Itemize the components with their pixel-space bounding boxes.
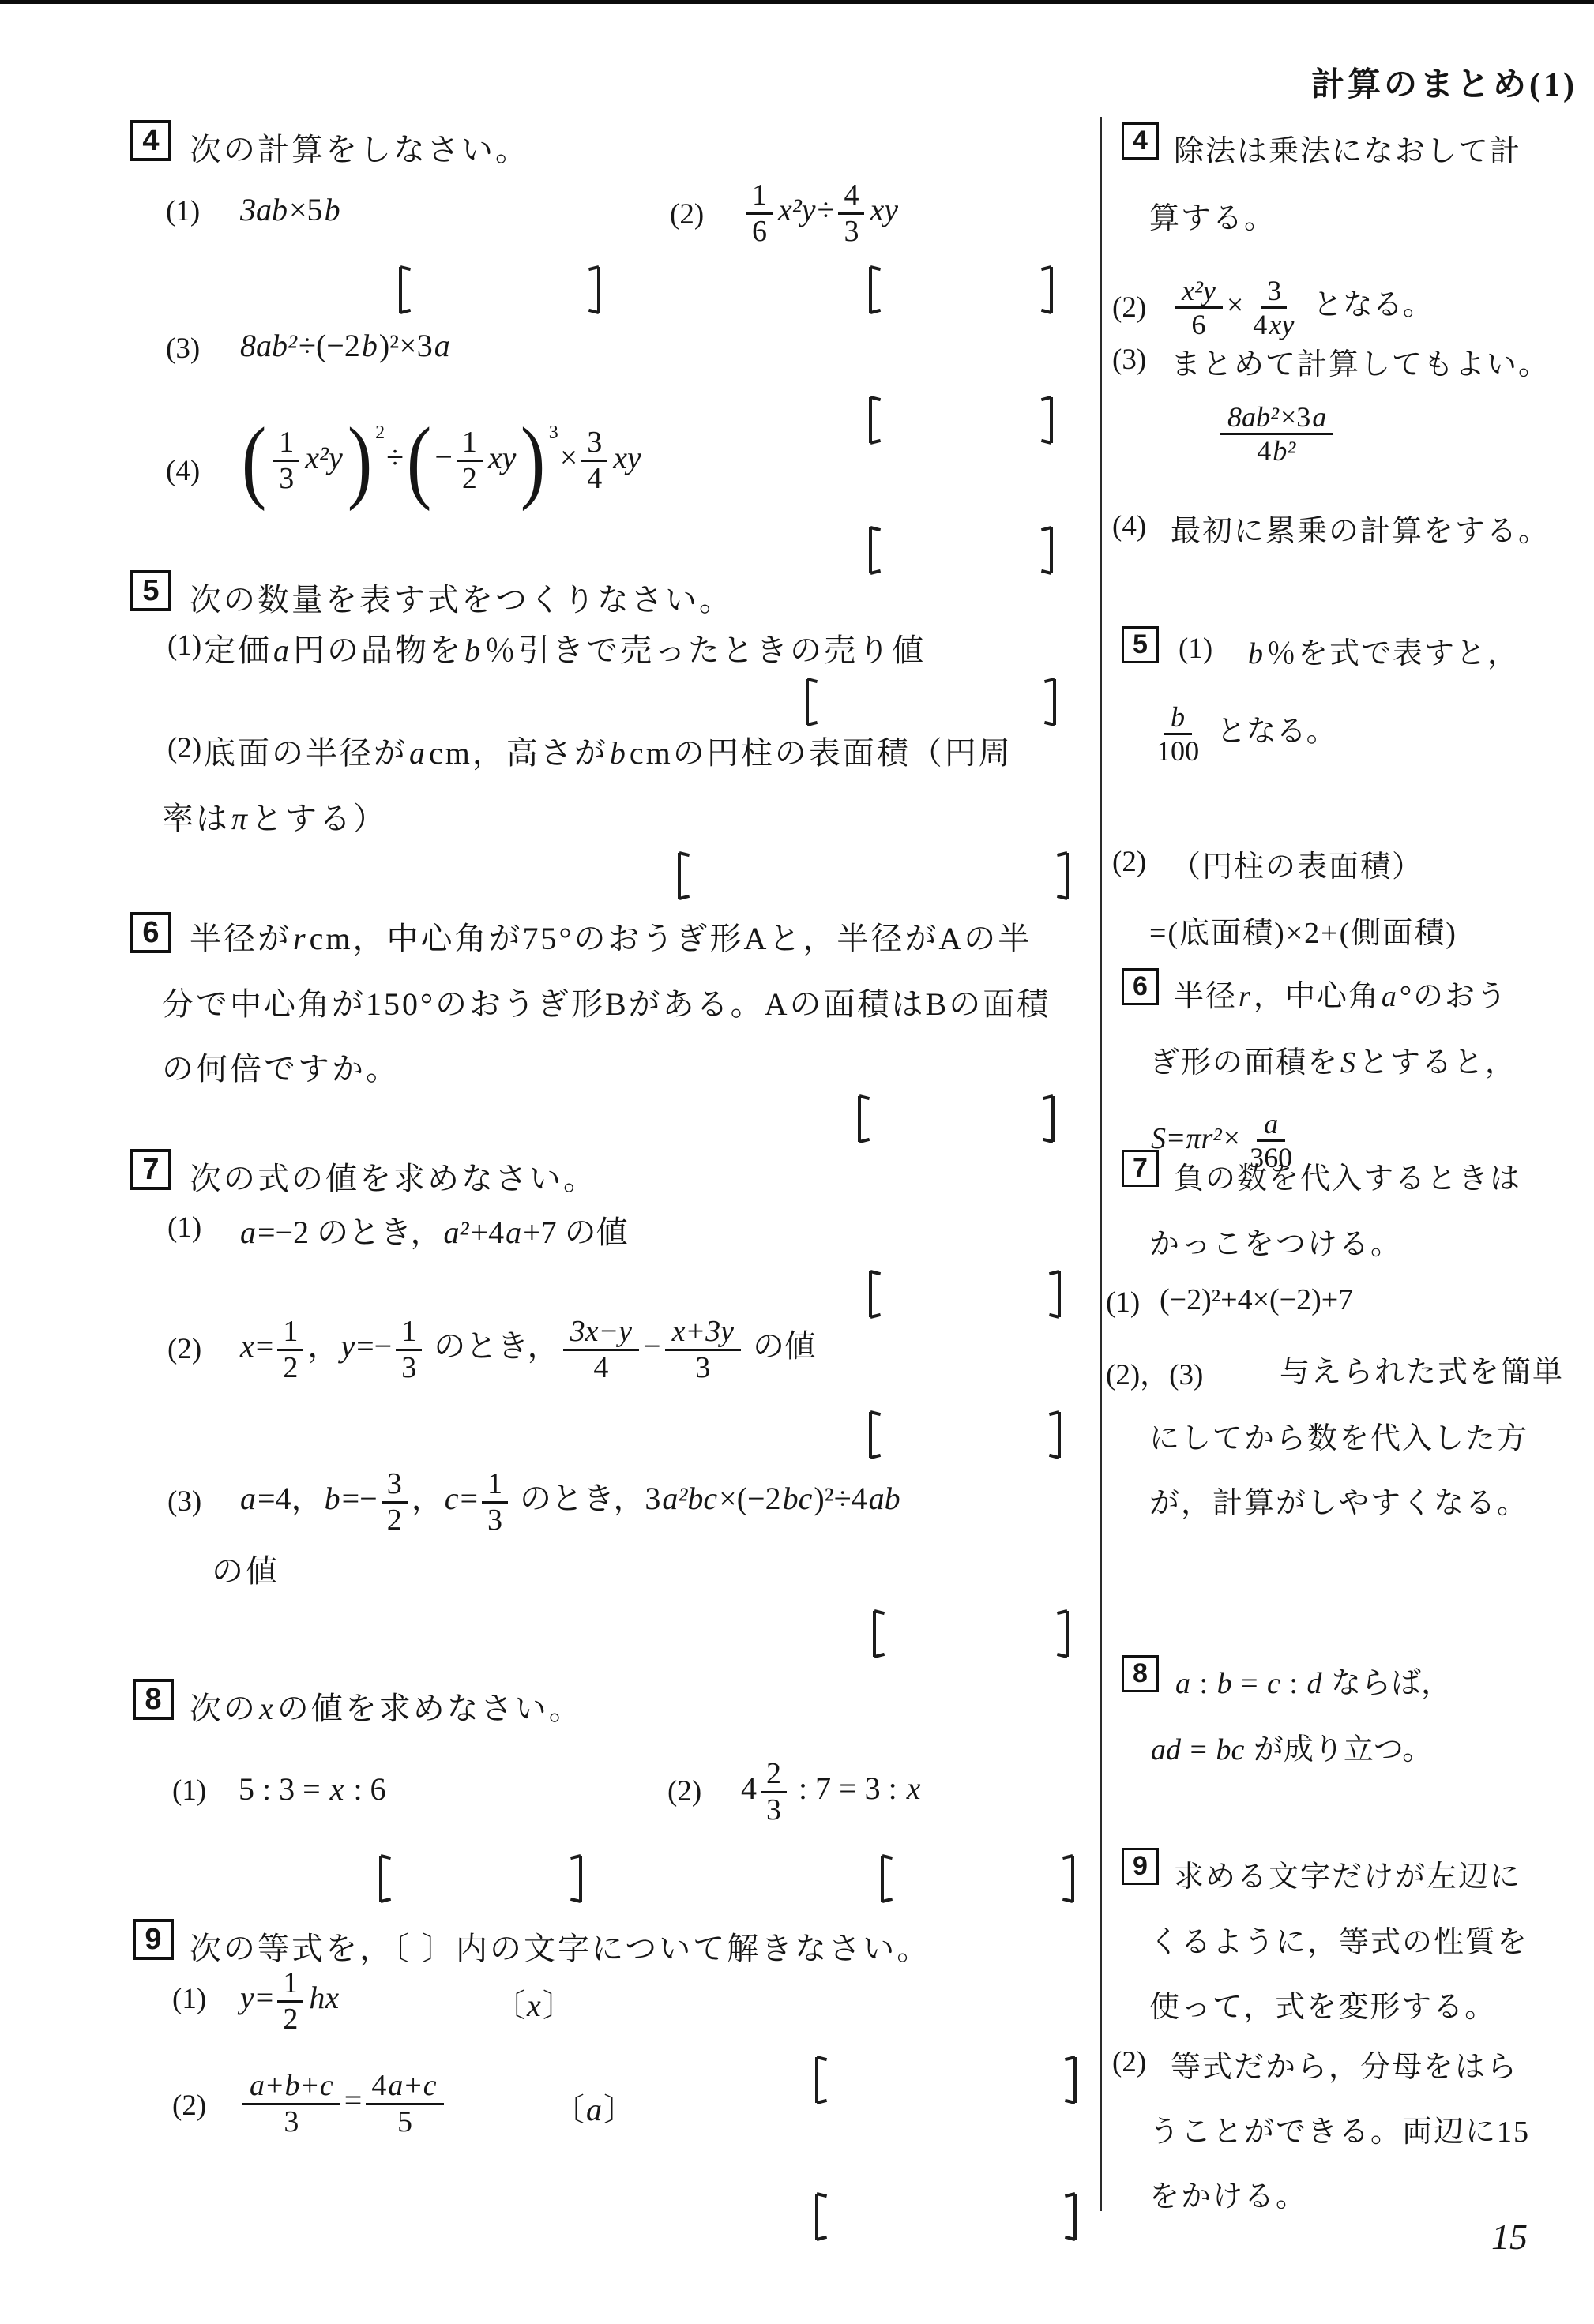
q8-title: 次のxの値を求めなさい。 bbox=[190, 1684, 583, 1729]
note9-number-box: 9 bbox=[1122, 1848, 1159, 1885]
q4-item3-expression: 8ab²÷(−2b)²×3a bbox=[239, 327, 452, 364]
q5-item1-label: (1) bbox=[167, 629, 201, 663]
note6-line1: 半径r，中心角a°のおう bbox=[1174, 971, 1508, 1015]
answer-bracket-open bbox=[815, 2057, 827, 2103]
q7-item2-label: (2) bbox=[167, 1332, 201, 1366]
q7-item2-expression: x=12，y=−13 のとき，3x−y4−x+3y3 の値 bbox=[239, 1315, 816, 1384]
answer-bracket-open bbox=[869, 397, 881, 443]
note4-sub2-expression: x²y6×34xy となる。 bbox=[1171, 275, 1433, 341]
note4-number-box: 4 bbox=[1122, 122, 1159, 160]
answer-bracket-open bbox=[869, 267, 881, 313]
q5-item2-line1: 底面の半径がacm，高さがbcmの円柱の表面積（円周 bbox=[204, 728, 1013, 773]
answer-bracket-open bbox=[881, 1856, 893, 1902]
note9-sub2-line3: をかける。 bbox=[1149, 2172, 1307, 2215]
answer-bracket-open bbox=[379, 1856, 391, 1902]
answer-bracket-open bbox=[399, 267, 411, 313]
note4-sub3-expression: 8ab²×3a4b² bbox=[1216, 401, 1337, 467]
q8-item1-expression: 5 : 3 = x : 6 bbox=[239, 1770, 386, 1808]
q6-line3: の何倍ですか。 bbox=[162, 1044, 400, 1089]
note5-sub2-line2: =(底面積)×2+(側面積) bbox=[1149, 908, 1457, 952]
answer-bracket-open bbox=[858, 1096, 870, 1142]
worksheet-page: 計算のまとめ(1) 15 4 次の計算をしなさい。 (1) 3ab×5b (2)… bbox=[0, 0, 1594, 2324]
page-top-edge bbox=[0, 0, 1594, 4]
note7-number-box: 7 bbox=[1122, 1150, 1159, 1187]
note9-sub2-line2: うことができる。両辺に15 bbox=[1149, 2107, 1530, 2150]
q7-item3-tail: の値 bbox=[212, 1546, 280, 1591]
q5-title: 次の数量を表す式をつくりなさい。 bbox=[190, 575, 733, 620]
q4-title: 次の計算をしなさい。 bbox=[190, 125, 529, 170]
q4-item3-label: (3) bbox=[166, 332, 200, 366]
note4-line1: 除法は乗法になおして計 bbox=[1174, 126, 1521, 170]
answer-bracket-close bbox=[1049, 1412, 1061, 1458]
answer-bracket-close bbox=[1062, 1856, 1074, 1902]
note8-line2: ad = bc が成り立つ。 bbox=[1149, 1725, 1432, 1768]
q4-item2-label: (2) bbox=[670, 197, 704, 231]
answer-bracket-close bbox=[1041, 527, 1053, 573]
answer-bracket-close bbox=[1065, 2057, 1077, 2103]
q4-number-box: 4 bbox=[130, 120, 171, 161]
note7-sub23-text2: にしてから数を代入した方 bbox=[1149, 1414, 1528, 1457]
note4-sub3-label: (3) bbox=[1112, 343, 1146, 377]
note9-sub2-line1: 等式だから，分母をはら bbox=[1171, 2042, 1518, 2086]
note7-line1: 負の数を代入するときは bbox=[1174, 1154, 1521, 1197]
q7-item1-expression: a=−2 のとき，a²+4a+7 の値 bbox=[239, 1207, 628, 1252]
q8-item2-label: (2) bbox=[667, 1774, 701, 1808]
column-divider bbox=[1100, 117, 1102, 2211]
note4-sub3-text: まとめて計算してもよい。 bbox=[1171, 340, 1550, 383]
q9-number-box: 9 bbox=[133, 1919, 174, 1960]
q8-item1-label: (1) bbox=[172, 1774, 206, 1808]
page-header: 計算のまとめ(1) bbox=[1311, 58, 1577, 106]
q5-number-box: 5 bbox=[130, 570, 171, 611]
answer-bracket-close bbox=[570, 1856, 582, 1902]
note4-sub4-label: (4) bbox=[1112, 509, 1146, 543]
note7-sub23-label: (2)，(3) bbox=[1106, 1350, 1203, 1393]
answer-bracket-close bbox=[1041, 397, 1053, 443]
q9-item2-target-variable: 〔a〕 bbox=[553, 2085, 635, 2130]
q7-title: 次の式の値を求めなさい。 bbox=[190, 1154, 597, 1199]
note4-sub2-label: (2) bbox=[1112, 291, 1146, 325]
note5-sub1-label: (1) bbox=[1179, 632, 1212, 666]
answer-bracket-open bbox=[869, 527, 881, 573]
q6-number-box: 6 bbox=[130, 912, 171, 953]
answer-bracket-open bbox=[806, 679, 818, 725]
q4-item1-expression: 3ab×5b bbox=[239, 191, 342, 228]
q9-item1-label: (1) bbox=[172, 1982, 206, 2016]
page-number: 15 bbox=[1491, 2216, 1528, 2258]
q7-item1-label: (1) bbox=[167, 1211, 201, 1245]
q9-title: 次の等式を，〔 〕内の文字について解きなさい。 bbox=[190, 1924, 930, 1969]
answer-bracket-close bbox=[588, 267, 600, 313]
note8-line1: a : b = c : d ならば， bbox=[1174, 1658, 1451, 1702]
note4-sub4-text: 最初に累乗の計算をする。 bbox=[1171, 506, 1550, 550]
q7-item3-expression: a=4，b=−32，c=13 のとき，3a²bc×(−2bc)²÷4ab bbox=[239, 1467, 902, 1537]
note7-line2: かっこをつける。 bbox=[1149, 1219, 1402, 1263]
answer-bracket-open bbox=[815, 2194, 827, 2240]
q8-number-box: 8 bbox=[133, 1679, 174, 1720]
q8-item2-expression: 423 : 7 = 3 : x bbox=[741, 1757, 923, 1827]
note7-sub1-expression: (−2)²+4×(−2)+7 bbox=[1160, 1282, 1353, 1317]
answer-bracket-close bbox=[1065, 2194, 1077, 2240]
q4-item2-expression: 16x²y÷43xy bbox=[742, 178, 900, 248]
q5-item1-text: 定価a円の品物をb％引きで売ったときの売り値 bbox=[204, 625, 926, 670]
q6-line1: 半径がrcm，中心角が75°のおうぎ形Aと，半径がAの半 bbox=[190, 914, 1032, 959]
answer-bracket-open bbox=[869, 1412, 881, 1458]
answer-bracket-close bbox=[1044, 679, 1056, 725]
answer-bracket-open bbox=[869, 1271, 881, 1317]
note9-line2: くるように，等式の性質を bbox=[1149, 1917, 1528, 1961]
answer-bracket-close bbox=[1049, 1271, 1061, 1317]
note9-sub2-label: (2) bbox=[1112, 2045, 1146, 2079]
note6-number-box: 6 bbox=[1122, 968, 1159, 1005]
note5-sub2-line1: （円柱の表面積） bbox=[1171, 842, 1423, 885]
q9-item1-target-variable: 〔x〕 bbox=[494, 1980, 574, 2026]
note7-sub23-text1: 与えられた式を簡単 bbox=[1280, 1347, 1564, 1391]
note8-number-box: 8 bbox=[1122, 1655, 1159, 1692]
q5-item2-line2: 率はπとする） bbox=[162, 794, 387, 839]
q9-item2-expression: a+b+c3=4a+c5 bbox=[239, 2069, 448, 2138]
answer-bracket-close bbox=[1057, 1611, 1069, 1657]
answer-bracket-close bbox=[1057, 853, 1069, 899]
note5-sub1-text: b％を式で表すと， bbox=[1246, 629, 1519, 672]
answer-bracket-open bbox=[873, 1611, 885, 1657]
q4-item4-label: (4) bbox=[166, 454, 200, 488]
answer-bracket-close bbox=[1043, 1096, 1055, 1142]
note9-line1: 求める文字だけが左辺に bbox=[1174, 1852, 1521, 1895]
q6-line2: 分で中心角が150°のおうぎ形Bがある。Aの面積はBの面積 bbox=[162, 979, 1051, 1024]
note5-sub1-expression: b100 となる。 bbox=[1147, 701, 1336, 768]
q7-number-box: 7 bbox=[130, 1149, 171, 1190]
note5-sub2-label: (2) bbox=[1112, 845, 1146, 879]
q4-item1-label: (1) bbox=[166, 194, 200, 228]
note9-line3: 使って，式を変形する。 bbox=[1149, 1982, 1496, 2026]
q5-item2-label: (2) bbox=[167, 731, 201, 765]
answer-bracket-close bbox=[1041, 267, 1053, 313]
note7-sub23-text3: が，計算がしやすくなる。 bbox=[1149, 1478, 1528, 1522]
note7-sub1-label: (1) bbox=[1106, 1286, 1140, 1320]
q9-item1-expression: y=12hx bbox=[239, 1966, 340, 2036]
q7-item3-label: (3) bbox=[167, 1485, 201, 1519]
note6-line2: ぎ形の面積をSとすると， bbox=[1149, 1038, 1517, 1081]
q9-item2-label: (2) bbox=[172, 2089, 206, 2123]
answer-bracket-open bbox=[678, 853, 690, 899]
q4-item4-expression: (13x²y)2÷(−12xy)3×34xy bbox=[239, 422, 643, 499]
note5-number-box: 5 bbox=[1122, 626, 1159, 663]
note4-line2: 算する。 bbox=[1149, 193, 1276, 237]
